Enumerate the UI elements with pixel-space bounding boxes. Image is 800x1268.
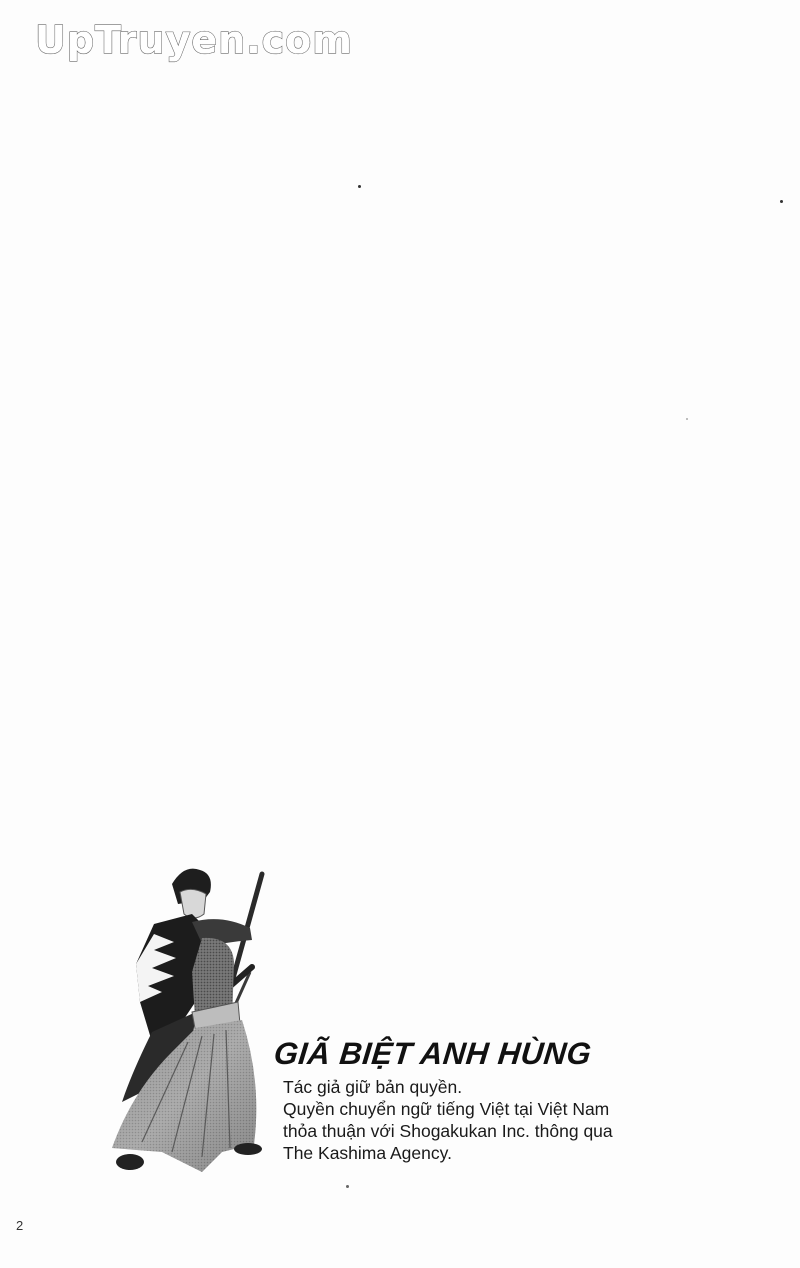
scan-speck <box>346 1185 349 1188</box>
copyright-notice: Tác giả giữ bản quyền. Quyền chuyển ngữ … <box>283 1076 613 1164</box>
copyright-line: thỏa thuận với Shogakukan Inc. thông qua <box>283 1120 613 1142</box>
copyright-line: Tác giả giữ bản quyền. <box>283 1076 613 1098</box>
samurai-illustration <box>92 852 282 1182</box>
site-watermark: UpTruyen.com <box>35 18 353 62</box>
scan-speck <box>686 418 688 420</box>
copyright-line: The Kashima Agency. <box>283 1142 613 1164</box>
manga-title: GIÃ BIỆT ANH HÙNG <box>272 1036 593 1072</box>
scan-speck <box>780 200 783 203</box>
scan-speck <box>358 185 361 188</box>
samurai-figure-icon <box>92 852 282 1182</box>
copyright-line: Quyền chuyển ngữ tiếng Việt tại Việt Nam <box>283 1098 613 1120</box>
page-number: 2 <box>16 1218 23 1233</box>
